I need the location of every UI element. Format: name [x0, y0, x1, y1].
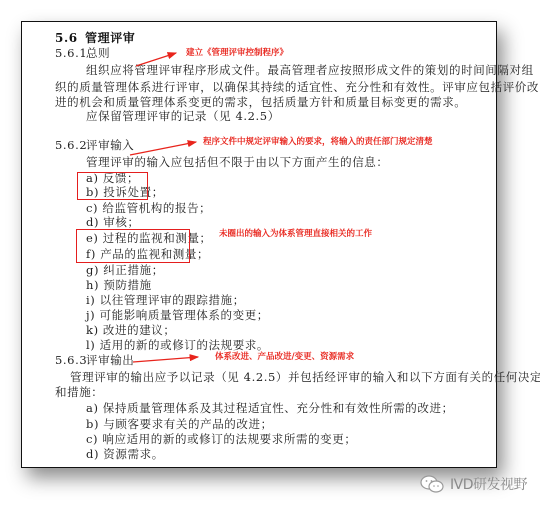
arrow-icon [130, 142, 196, 155]
annotation-note-3: 未圈出的输入为体系管理直接相关的工作 [219, 229, 372, 240]
annotation-note-4: 体系改进、产品改进/变更、资源需求 [215, 352, 354, 363]
arrow-icon [133, 357, 198, 362]
wechat-icon [420, 475, 444, 493]
annotation-arrows [0, 0, 540, 510]
watermark: IVD研发视野 [420, 474, 527, 494]
annotation-note-2: 程序文件中规定评审输入的要求，将输入的责任部门规定清楚 [203, 137, 433, 148]
watermark-text: IVD研发视野 [450, 474, 527, 494]
annotation-note-1: 建立《管理评审控制程序》 [186, 48, 288, 59]
arrow-icon [136, 53, 176, 66]
